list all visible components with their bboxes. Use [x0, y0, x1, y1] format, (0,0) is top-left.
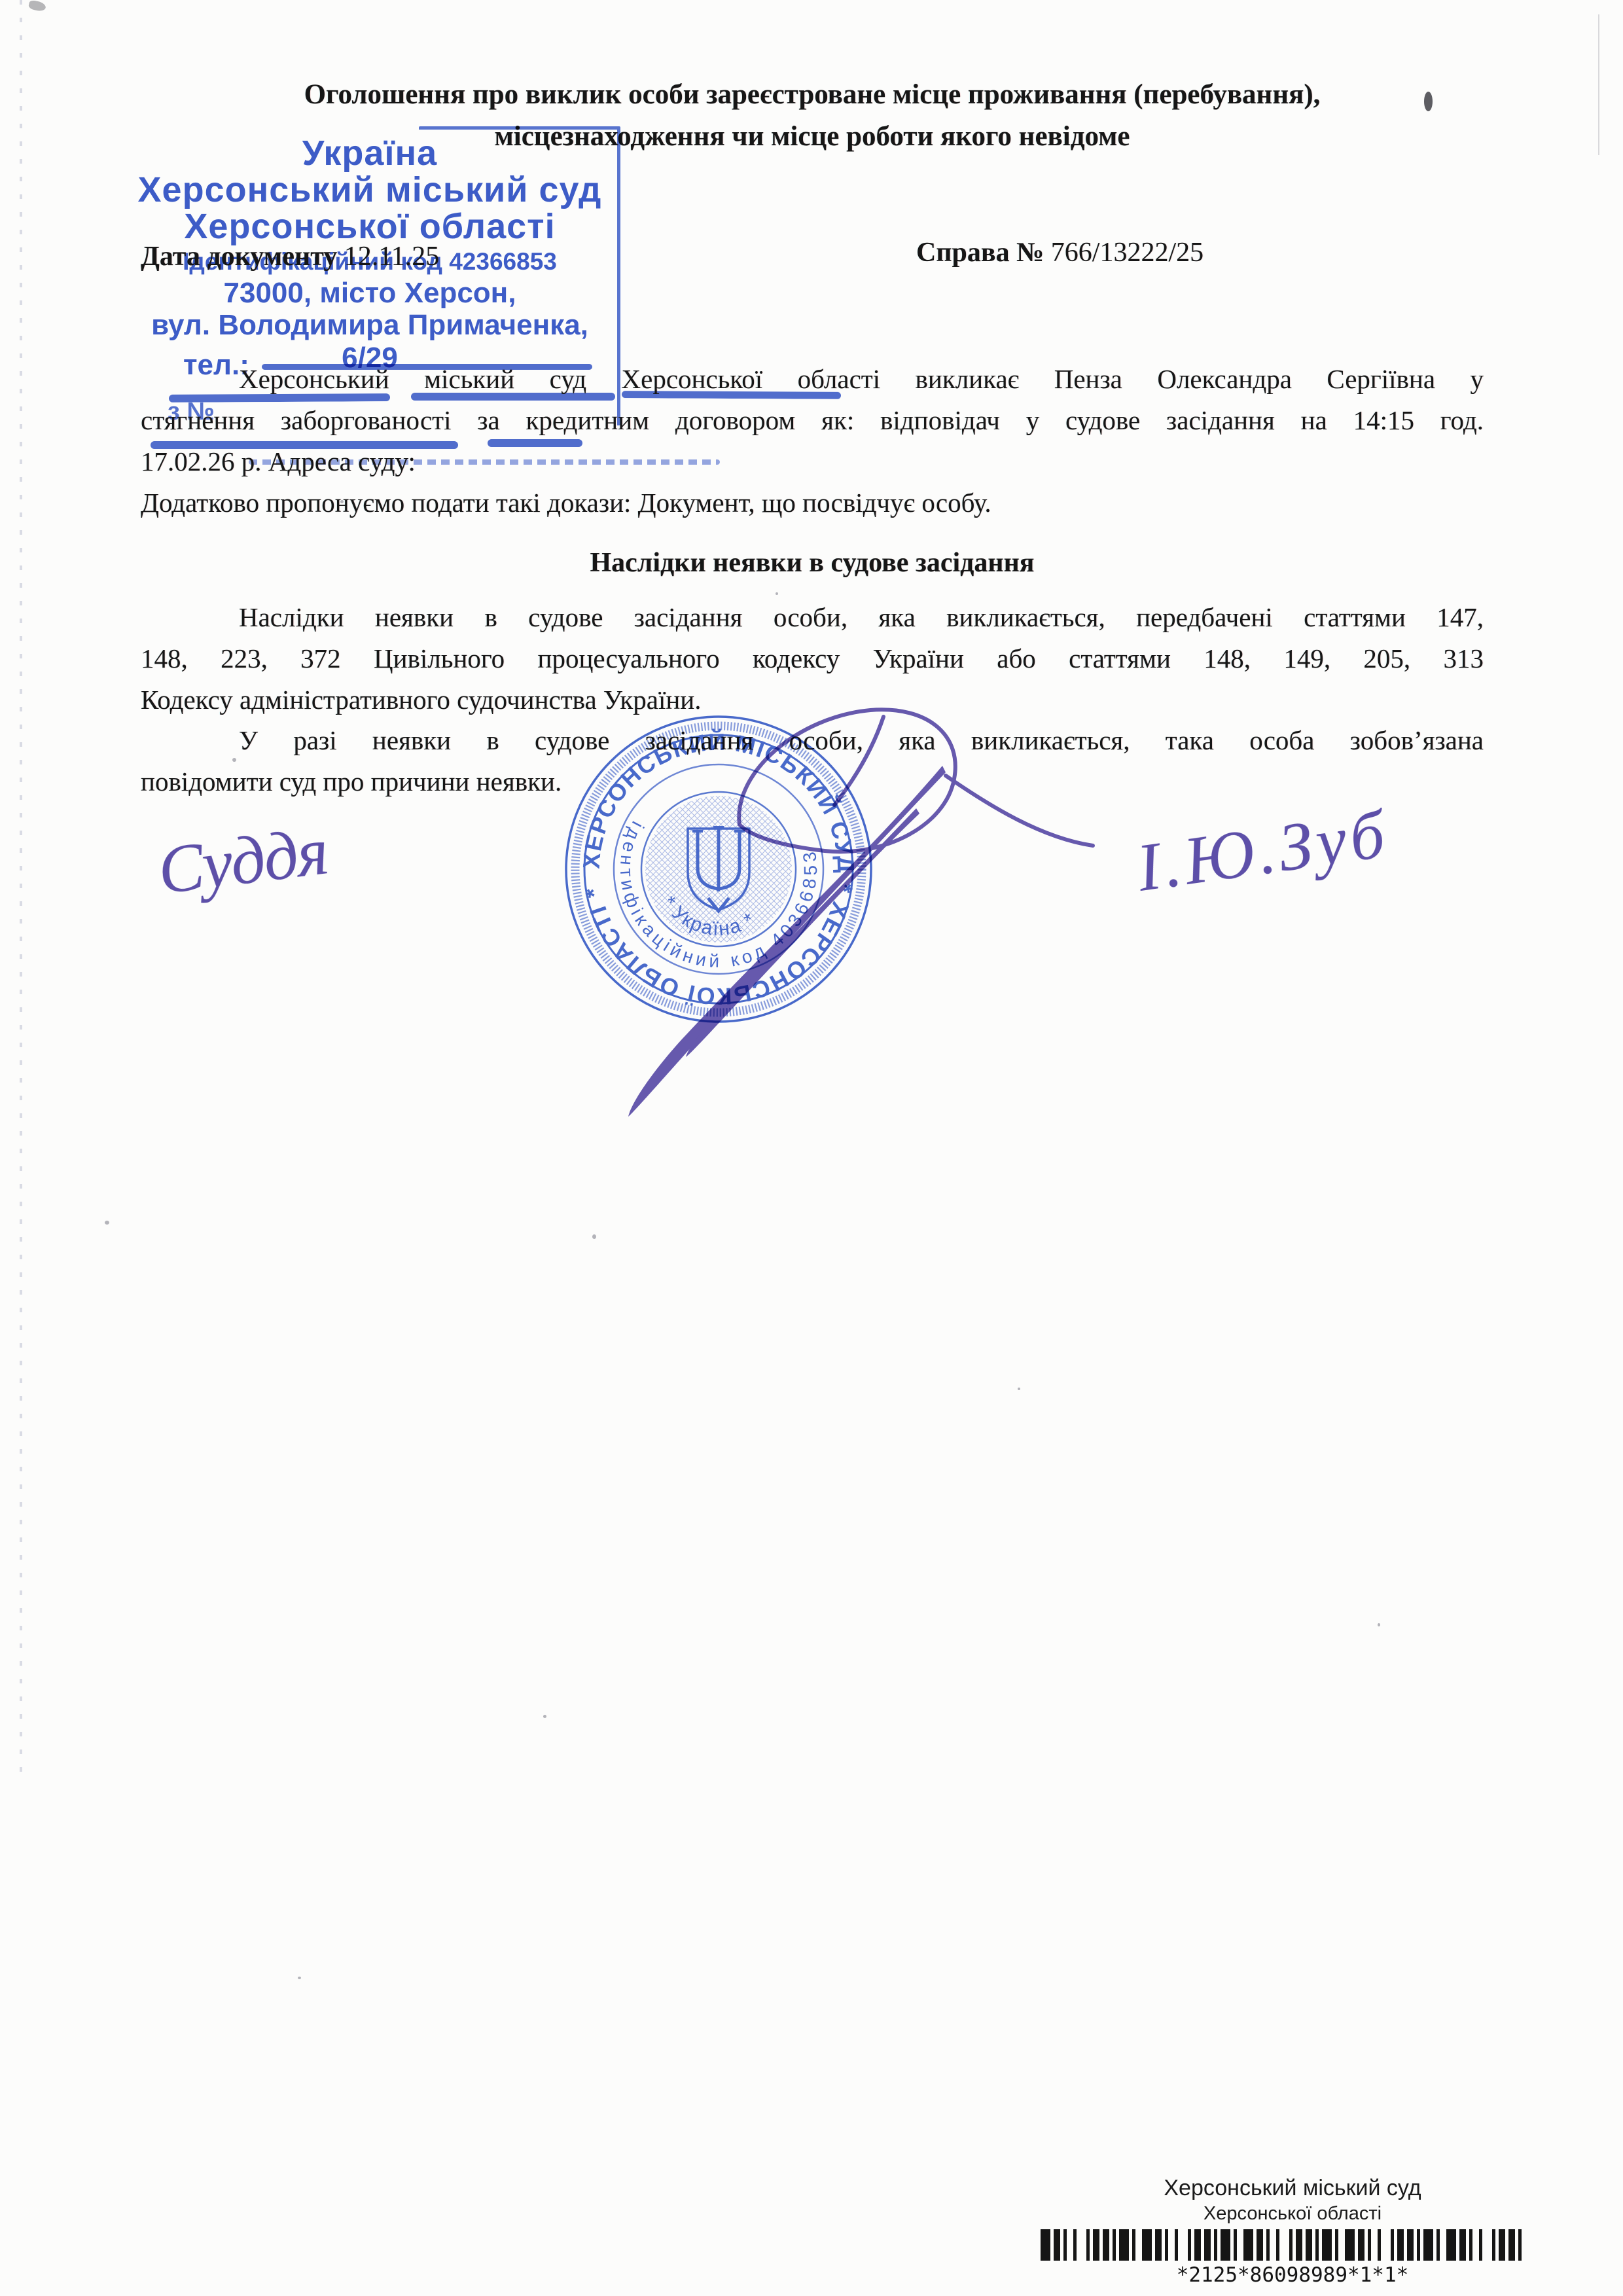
scan-blob — [28, 0, 46, 12]
scan-speck — [1378, 1623, 1380, 1626]
body-line: Наслідки неявки в судове засідання особи… — [141, 597, 1484, 638]
scan-edge-line — [1598, 14, 1599, 155]
footer-court-region: Херсонської області — [1113, 2203, 1472, 2225]
stamp-country: Україна — [121, 133, 618, 173]
judge-signature-name: І.Ю.Зуб — [1132, 795, 1393, 907]
pen-stroke — [946, 776, 1093, 846]
judge-handwriting: Суддя — [154, 812, 331, 910]
stamp-postal: 73000, місто Херсон, — [121, 277, 618, 310]
scan-speck — [298, 1977, 301, 1979]
pen-stroke — [834, 717, 883, 805]
body-line: Додатково пропонуємо подати такі докази:… — [141, 482, 1484, 524]
signature-ink-strokes — [517, 655, 1106, 1152]
document-date: Дата документу 12.11.25 — [141, 241, 439, 272]
paragraph-summons: Херсонський міський суд Херсонської обла… — [141, 359, 1484, 524]
scan-speck — [592, 1234, 596, 1239]
body-line: стягнення заборгованості за кредитним до… — [141, 400, 1484, 441]
case-value: 766/13222/25 — [1051, 238, 1204, 268]
barcode-bars — [1041, 2229, 1544, 2261]
stamp-court-name: Херсонський міський суд — [121, 170, 618, 210]
case-number: Справа № 766/13222/25 — [916, 237, 1204, 268]
scan-edge-dotted-line — [20, 0, 22, 1780]
date-label: Дата документу — [141, 242, 337, 272]
scan-speck — [543, 1715, 546, 1718]
footer-court-name: Херсонський міський суд — [1113, 2176, 1472, 2201]
scan-speck — [1018, 1388, 1020, 1390]
date-value: 12.11.25 — [344, 242, 439, 272]
barcode-number: *2125*86098989*1*1* — [1099, 2263, 1486, 2287]
scan-speck — [105, 1221, 109, 1225]
case-label: Справа № — [916, 238, 1044, 268]
pen-stroke — [628, 766, 946, 1117]
scanned-court-document-page: Оголошення про виклик особи зареєстрован… — [0, 0, 1623, 2296]
pen-loop — [739, 709, 955, 852]
body-line: 17.02.26 р. Адреса суду: — [141, 441, 1484, 482]
section-heading: Наслідки неявки в судове засідання — [141, 547, 1484, 579]
body-line: Херсонський міський суд Херсонської обла… — [141, 359, 1484, 400]
document-title-line1: Оголошення про виклик особи зареєстрован… — [141, 76, 1484, 114]
scan-speck — [776, 592, 778, 595]
